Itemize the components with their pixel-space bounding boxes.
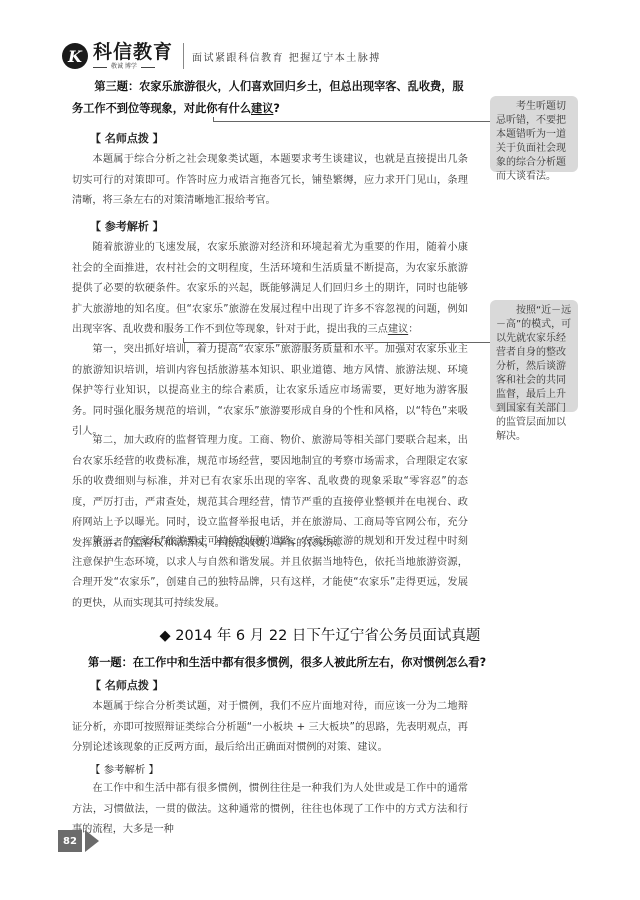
underlined-keyword: 建议	[251, 102, 273, 115]
brand-tagline: 敬诚 博学	[111, 63, 137, 71]
brand-tagline-row: 敬诚 博学	[93, 63, 173, 71]
analysis-point-3: 第三，“农家乐”旅游要走可持续发展的道路。农家乐旅游的规划和开发过程中时刻注意保…	[72, 532, 468, 614]
analysis-heading: 【 参考解析 】	[90, 761, 159, 776]
margin-note-2: 按照“近－远－高”的模式，可以先就农家乐经营者自身的整改分析，然后谈游客和社会的…	[490, 300, 578, 412]
tips-heading: 【 名师点拨 】	[90, 130, 164, 146]
margin-note-1: 考生听题切忌听错，不要把本题错听为一道关于负面社会现象的综合分析题而大谈看法。	[490, 96, 578, 172]
analysis-body: 在工作中和生活中都有很多惯例，惯例往往是一种我们为人处世或是工作中的通常方法，习…	[72, 779, 468, 841]
callout-leader	[213, 121, 490, 122]
analysis-intro: 随着旅游业的飞速发展，农家乐旅游对经济和环境起着尤为重要的作用，随着小康社会的全…	[72, 238, 468, 341]
underlined-keyword: 建议	[388, 324, 408, 335]
question-1-title: 第一题：在工作中和生活中都有很多惯例，很多人被此所左右，你对惯例怎么看?	[88, 652, 508, 674]
page-number: 82	[58, 830, 82, 852]
brand-logo-icon: K	[62, 43, 88, 69]
analysis-heading: 【 参考解析 】	[90, 218, 164, 234]
analysis-point-1: 第一，突出抓好培训，着力提高“农家乐”旅游服务质量和水平。加强对农家乐业主的旅游…	[72, 340, 468, 443]
page-header: K 科信教育 敬诚 博学 面试紧跟科信教育 把握辽宁本土脉搏	[62, 38, 381, 74]
divider	[93, 67, 107, 68]
tips-body: 本题属于综合分析类试题，对于惯例，我们不应片面地对待，而应该一分为二地辩证分析，…	[72, 697, 468, 759]
tips-heading: 【 名师点拨 】	[90, 677, 164, 693]
page-arrow-icon	[85, 830, 99, 852]
header-slogan: 面试紧跟科信教育 把握辽宁本土脉搏	[192, 49, 381, 64]
section-title: ◆ 2014 年 6 月 22 日下午辽宁省公务员面试真题	[0, 624, 640, 645]
brand-logo-text: 科信教育 敬诚 博学	[93, 41, 173, 71]
divider	[141, 67, 155, 68]
question-3-title: 第三题：农家乐旅游很火，人们喜欢回归乡土，但总出现宰客、乱收费，服务工作不到位等…	[72, 76, 472, 120]
header-divider	[183, 43, 184, 69]
tips-body: 本题属于综合分析之社会现象类试题，本题要求考生谈建议，也就是直接提出几条切实可行…	[72, 150, 468, 212]
brand-name: 科信教育	[93, 41, 173, 63]
